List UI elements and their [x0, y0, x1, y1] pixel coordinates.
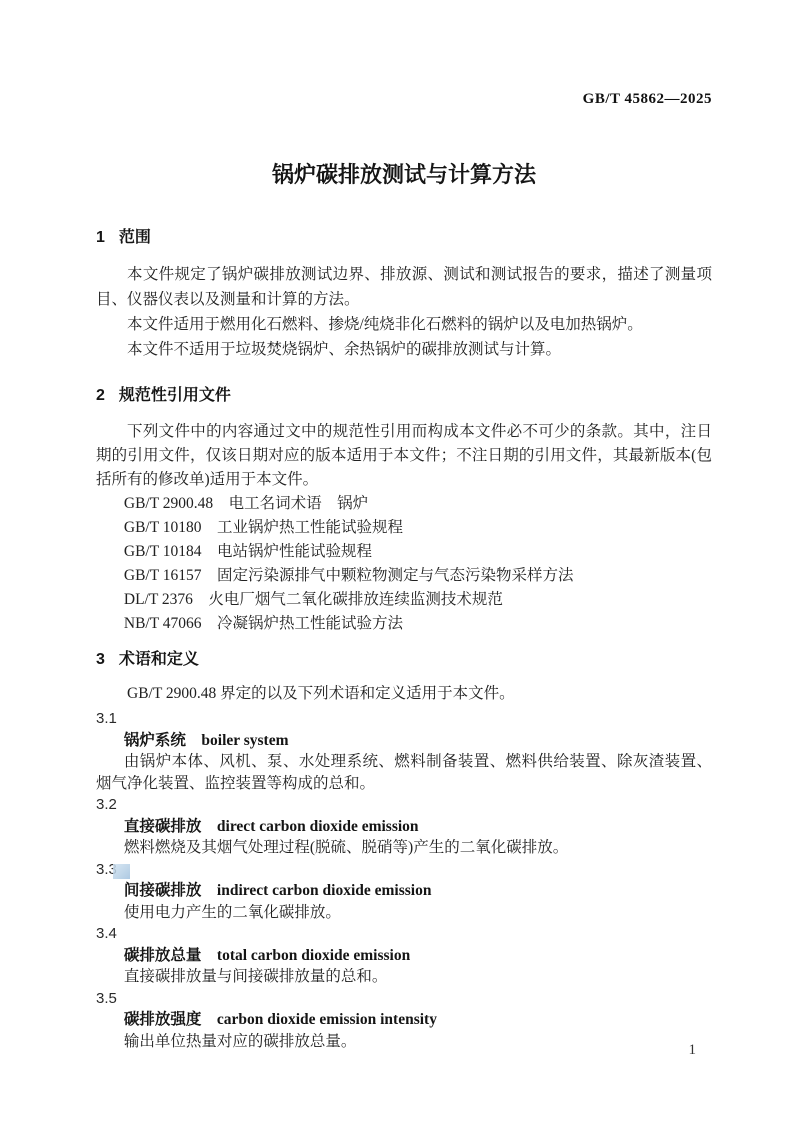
section-terms-title: 术语和定义: [119, 651, 199, 668]
reference-code: GB/T 16157: [124, 567, 202, 584]
term-title-line: 碳排放强度carbon dioxide emission intensity: [96, 1009, 712, 1031]
term-en: boiler system: [201, 732, 288, 749]
term-zh: 碳排放强度: [124, 1011, 202, 1028]
term-definition: 燃料燃烧及其烟气处理过程(脱硫、脱硝等)产生的二氧化碳排放。: [96, 837, 712, 859]
reference-item: DL/T 2376火电厂烟气二氧化碳排放连续监测技术规范: [96, 588, 712, 612]
reference-item: NB/T 47066冷凝锅炉热工性能试验方法: [96, 612, 712, 636]
term-definition: 输出单位热量对应的碳排放总量。: [96, 1031, 712, 1053]
term-en: indirect carbon dioxide emission: [217, 882, 432, 899]
section-references-number: 2: [96, 386, 105, 406]
section-scope-number: 1: [96, 228, 105, 248]
term-zh: 直接碳排放: [124, 818, 202, 835]
term-title-line: 锅炉系统boiler system: [96, 730, 712, 752]
reference-title: 工业锅炉热工性能试验规程: [217, 519, 403, 536]
term-clause-number: 3.4: [96, 923, 712, 945]
terms-intro: GB/T 2900.48 界定的以及下列术语和定义适用于本文件。: [96, 682, 712, 706]
term-definition: 由锅炉本体、风机、泵、水处理系统、燃料制备装置、燃料供给装置、除灰渣装置、烟气净…: [96, 751, 712, 794]
term-en: direct carbon dioxide emission: [217, 818, 419, 835]
scope-paragraph-1: 本文件规定了锅炉碳排放测试边界、排放源、测试和测试报告的要求，描述了测量项目、仪…: [96, 262, 712, 312]
term-clause-number: 3.5: [96, 988, 712, 1010]
reference-code: NB/T 47066: [124, 615, 202, 632]
term-definition: 使用电力产生的二氧化碳排放。: [96, 902, 712, 924]
reference-code: DL/T 2376: [124, 591, 193, 608]
section-scope-title: 范围: [119, 229, 151, 246]
term-entry-3-5: 3.5 碳排放强度carbon dioxide emission intensi…: [96, 988, 712, 1053]
reference-title: 冷凝锅炉热工性能试验方法: [217, 615, 403, 632]
document-title: 锅炉碳排放测试与计算方法: [96, 160, 712, 190]
term-en: total carbon dioxide emission: [217, 947, 410, 964]
term-definition: 直接碳排放量与间接碳排放量的总和。: [96, 966, 712, 988]
section-terms-heading: 3术语和定义: [96, 650, 712, 670]
reference-item: GB/T 16157固定污染源排气中颗粒物测定与气态污染物采样方法: [96, 564, 712, 588]
term-zh: 碳排放总量: [124, 947, 202, 964]
term-clause-number: 3.2: [96, 794, 712, 816]
term-title-line: 直接碳排放direct carbon dioxide emission: [96, 816, 712, 838]
term-clause-number: 3.1: [96, 708, 712, 730]
reference-title: 电站锅炉性能试验规程: [217, 543, 372, 560]
term-entry-3-1: 3.1 锅炉系统boiler system 由锅炉本体、风机、泵、水处理系统、燃…: [96, 708, 712, 794]
reference-item: GB/T 2900.48电工名词术语 锅炉: [96, 492, 712, 516]
term-entry-3-2: 3.2 直接碳排放direct carbon dioxide emission …: [96, 794, 712, 859]
section-terms-number: 3: [96, 650, 105, 670]
reference-code: GB/T 10184: [124, 543, 202, 560]
standard-number: GB/T 45862—2025: [96, 90, 712, 108]
term-zh: 锅炉系统: [124, 732, 186, 749]
term-zh: 间接碳排放: [124, 882, 202, 899]
reference-code: GB/T 2900.48: [124, 495, 213, 512]
scope-paragraph-3: 本文件不适用于垃圾焚烧锅炉、余热锅炉的碳排放测试与计算。: [96, 337, 712, 362]
reference-item: GB/T 10180工业锅炉热工性能试验规程: [96, 516, 712, 540]
reference-title: 火电厂烟气二氧化碳排放连续监测技术规范: [208, 591, 503, 608]
term-title-line: 间接碳排放indirect carbon dioxide emission: [96, 880, 712, 902]
reference-item: GB/T 10184电站锅炉性能试验规程: [96, 540, 712, 564]
term-en: carbon dioxide emission intensity: [217, 1011, 437, 1028]
term-entry-3-4: 3.4 碳排放总量total carbon dioxide emission 直…: [96, 923, 712, 988]
term-clause-number: 3.3: [96, 859, 712, 881]
document-page: GB/T 45862—2025 锅炉碳排放测试与计算方法 1范围 本文件规定了锅…: [0, 0, 800, 1131]
reference-title: 固定污染源排气中颗粒物测定与气态污染物采样方法: [217, 567, 574, 584]
section-references-title: 规范性引用文件: [119, 387, 231, 404]
scope-paragraph-2: 本文件适用于燃用化石燃料、掺烧/纯烧非化石燃料的锅炉以及电加热锅炉。: [96, 312, 712, 337]
reference-code: GB/T 10180: [124, 519, 202, 536]
references-intro: 下列文件中的内容通过文中的规范性引用而构成本文件必不可少的条款。其中，注日期的引…: [96, 420, 712, 492]
section-references-heading: 2规范性引用文件: [96, 386, 712, 406]
term-title-line: 碳排放总量total carbon dioxide emission: [96, 945, 712, 967]
reference-title: 电工名词术语 锅炉: [229, 495, 369, 512]
term-entry-3-3: 3.3 间接碳排放indirect carbon dioxide emissio…: [96, 859, 712, 924]
section-scope-heading: 1范围: [96, 228, 712, 248]
scan-artifact-highlight: [113, 864, 130, 879]
page-number: 1: [689, 1042, 697, 1059]
term-entries: 3.1 锅炉系统boiler system 由锅炉本体、风机、泵、水处理系统、燃…: [96, 708, 712, 1052]
